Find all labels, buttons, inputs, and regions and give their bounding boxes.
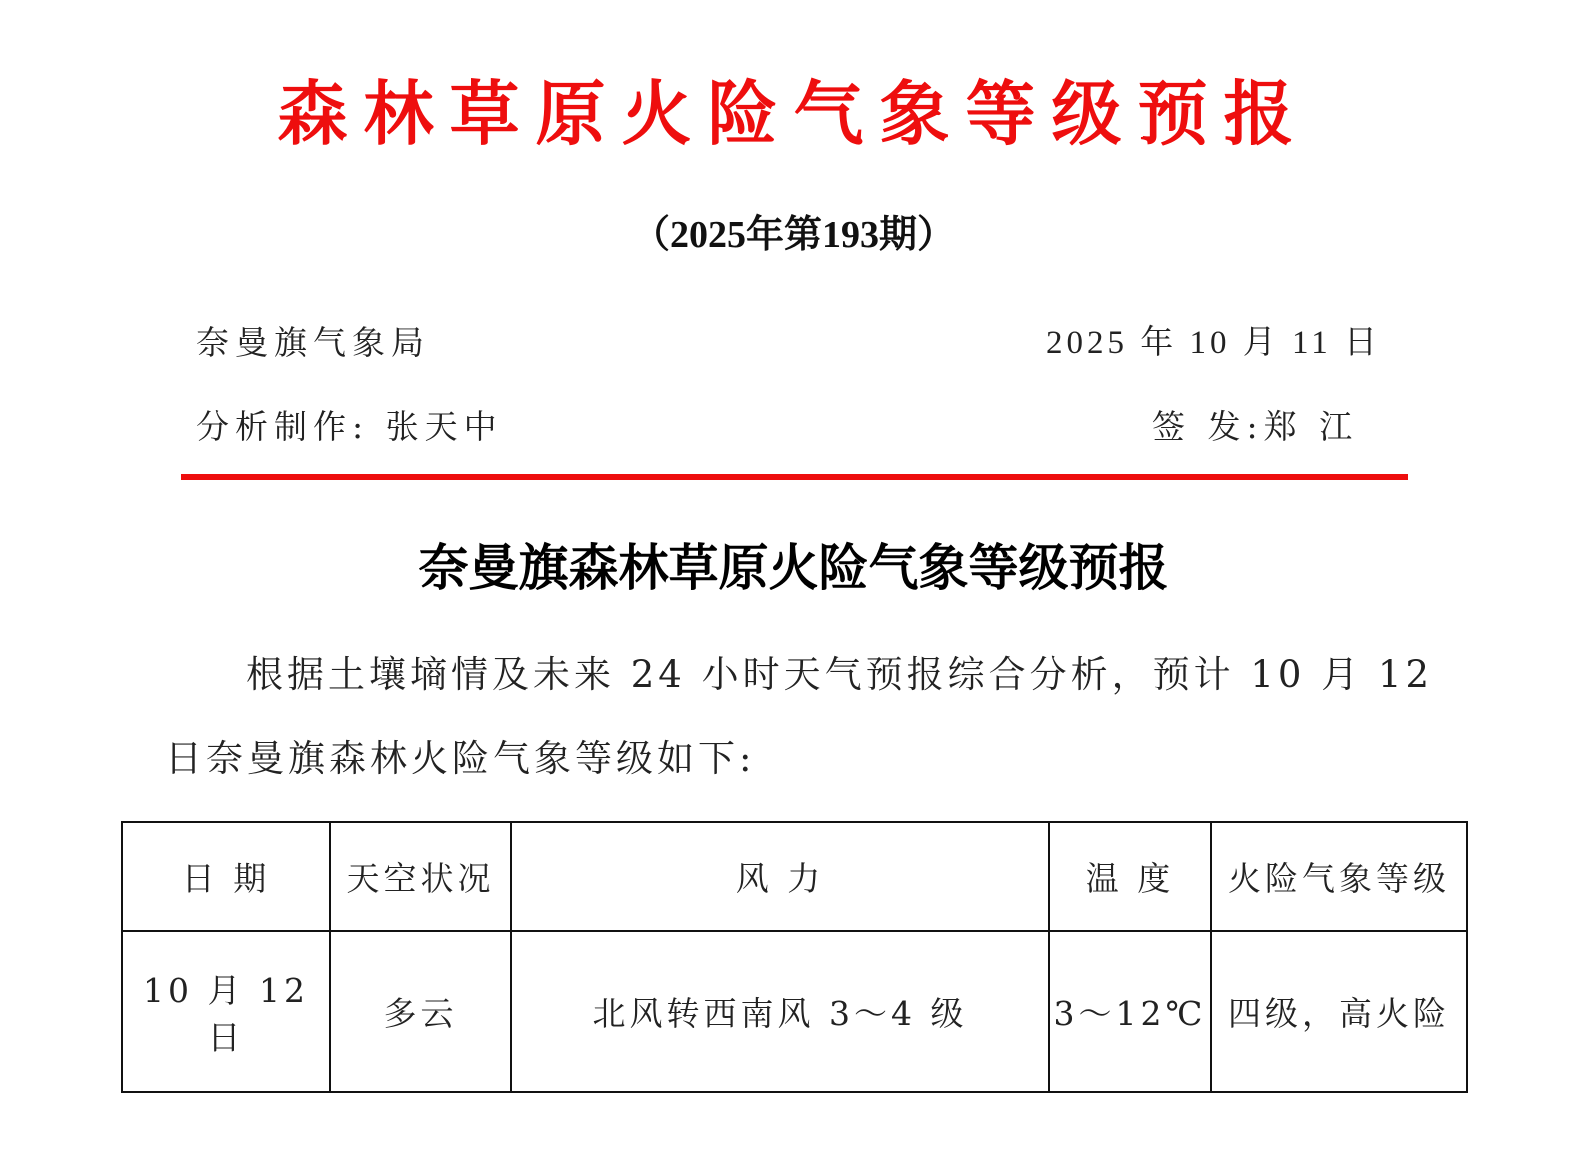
masthead-title: 森林草原火险气象等级预报 (0, 72, 1587, 156)
cell-sky-condition: 多云 (330, 931, 511, 1092)
cell-fire-risk-level: 四级，高火险 (1211, 931, 1467, 1092)
issue-number: （2025年第193期） (0, 212, 1587, 258)
issue-date: 2025 年 10 月 11 日 (1046, 323, 1381, 363)
signer-credit: 签 发:郑 江 (1152, 407, 1358, 447)
table-row: 10 月 12 日 多云 北风转西南风 3～4 级 3～12℃ 四级，高火险 (122, 931, 1467, 1092)
forecast-table: 日 期 天空状况 风 力 温 度 火险气象等级 10 月 12 日 多云 北风转… (121, 821, 1468, 1093)
header-divider (181, 474, 1408, 480)
header-sky-condition: 天空状况 (330, 822, 511, 931)
analyst-credit: 分析制作: 张天中 (196, 407, 503, 447)
cell-date: 10 月 12 日 (122, 931, 330, 1092)
header-temperature: 温 度 (1049, 822, 1211, 931)
intro-paragraph-line-2: 日奈曼旗森林火险气象等级如下: (165, 736, 755, 782)
header-wind: 风 力 (511, 822, 1049, 931)
header-date: 日 期 (122, 822, 330, 931)
intro-paragraph-line-1: 根据土壤墒情及未来 24 小时天气预报综合分析，预计 10 月 12 (246, 652, 1433, 698)
cell-wind: 北风转西南风 3～4 级 (511, 931, 1049, 1092)
cell-temperature: 3～12℃ (1049, 931, 1211, 1092)
header-fire-risk-level: 火险气象等级 (1211, 822, 1467, 931)
issuing-organization: 奈曼旗气象局 (196, 323, 430, 363)
document-subtitle: 奈曼旗森林草原火险气象等级预报 (0, 538, 1587, 598)
table-header-row: 日 期 天空状况 风 力 温 度 火险气象等级 (122, 822, 1467, 931)
